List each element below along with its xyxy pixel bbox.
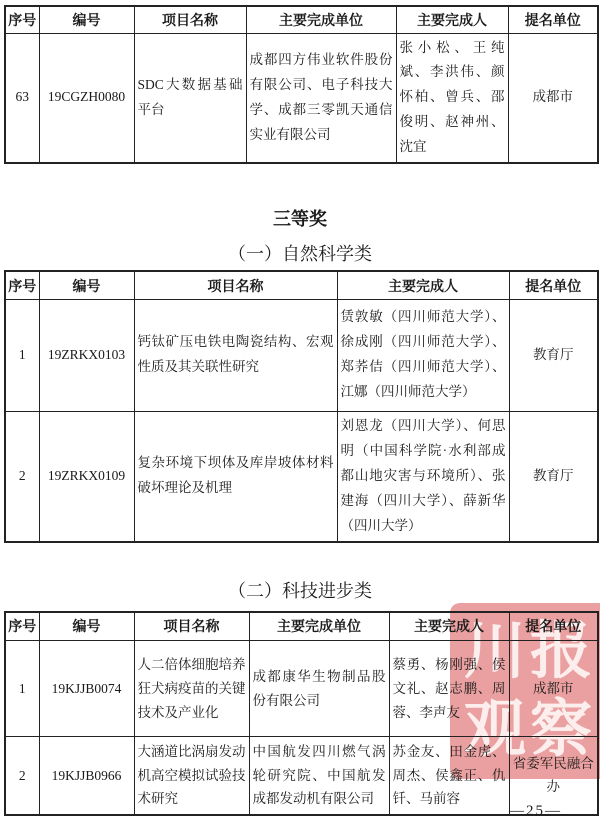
col-header-project: 项目名称 xyxy=(134,271,337,299)
cell-project: SDC大数据基础平台 xyxy=(134,33,246,163)
col-header-index: 序号 xyxy=(5,6,39,33)
section1-heading: （一）自然科学类 xyxy=(0,243,600,265)
cell-people: 苏金友、田金虎、周杰、侯鑫正、仇钎、马前容 xyxy=(389,737,509,815)
col-header-code: 编号 xyxy=(39,612,134,641)
col-header-project: 项目名称 xyxy=(134,612,249,641)
cell-code: 19ZRKX0103 xyxy=(39,299,134,411)
table-row: 1 19KJJB0074 人二倍体细胞培养狂犬病疫苗的关键技术及产业化 成都康华… xyxy=(5,641,598,737)
cell-nominator: 教育厅 xyxy=(509,299,598,411)
cell-project: 复杂环境下坝体及库岸坡体材料破坏理论及机理 xyxy=(134,411,337,541)
cell-code: 19KJJB0074 xyxy=(39,641,134,737)
award-table-natural-science: 序号 编号 项目名称 主要完成人 提名单位 1 19ZRKX0103 钙钛矿压电… xyxy=(4,270,599,542)
cell-project: 人二倍体细胞培养狂犬病疫苗的关键技术及产业化 xyxy=(134,641,249,737)
cell-people: 蔡勇、杨刚强、侯文礼、赵志鹏、周蓉、李声友 xyxy=(389,641,509,737)
cell-code: 19ZRKX0109 xyxy=(39,411,134,541)
document-page: 川报 观察 序号 编号 项目名称 主要完成单位 主要完成人 提名单位 63 19… xyxy=(0,0,600,829)
table-header-row: 序号 编号 项目名称 主要完成人 提名单位 xyxy=(5,271,598,299)
col-header-people: 主要完成人 xyxy=(389,612,509,641)
cell-org: 成都四方伟业软件股份有限公司、电子科技大学、成都三零凯天通信实业有限公司 xyxy=(246,33,396,163)
cell-people: 张小松、王纯斌、李洪伟、颜怀柏、曾兵、邵俊明、赵神州、沈宜 xyxy=(396,33,508,163)
cell-people: 刘恩龙（四川大学）、何思明（中国科学院·水利部成都山地灾害与环境所）、张建海（四… xyxy=(337,411,509,541)
cell-index: 1 xyxy=(5,641,39,737)
col-header-code: 编号 xyxy=(39,6,134,33)
cell-org: 中国航发四川燃气涡轮研究院、中国航发成都发动机有限公司 xyxy=(249,737,389,815)
col-header-index: 序号 xyxy=(5,271,39,299)
col-header-people: 主要完成人 xyxy=(396,6,508,33)
cell-code: 19KJJB0966 xyxy=(39,737,134,815)
col-header-org: 主要完成单位 xyxy=(246,6,396,33)
cell-project: 大涵道比涡扇发动机高空模拟试验技术研究 xyxy=(134,737,249,815)
col-header-org: 主要完成单位 xyxy=(249,612,389,641)
cell-index: 2 xyxy=(5,411,39,541)
cell-people: 赁敦敏（四川师范大学）、徐成刚（四川师范大学）、郑荞佶（四川师范大学）、江娜（四… xyxy=(337,299,509,411)
cell-index: 2 xyxy=(5,737,39,815)
col-header-nominator: 提名单位 xyxy=(508,6,598,33)
prize-heading: 三等奖 xyxy=(0,208,600,230)
cell-nominator: 成都市 xyxy=(508,33,598,163)
section2-heading: （二）科技进步类 xyxy=(0,580,600,602)
table-row: 1 19ZRKX0103 钙钛矿压电铁电陶瓷结构、宏观性质及其关联性研究 赁敦敏… xyxy=(5,299,598,411)
col-header-code: 编号 xyxy=(39,271,134,299)
cell-index: 1 xyxy=(5,299,39,411)
award-table-sci-tech-progress: 序号 编号 项目名称 主要完成单位 主要完成人 提名单位 1 19KJJB007… xyxy=(4,611,599,816)
cell-index: 63 xyxy=(5,33,39,163)
page-number: —25— xyxy=(509,803,562,820)
table-row: 63 19CGZH0080 SDC大数据基础平台 成都四方伟业软件股份有限公司、… xyxy=(5,33,598,163)
cell-nominator: 教育厅 xyxy=(509,411,598,541)
cell-nominator: 成都市 xyxy=(509,641,598,737)
col-header-people: 主要完成人 xyxy=(337,271,509,299)
cell-code: 19CGZH0080 xyxy=(39,33,134,163)
award-table-continued: 序号 编号 项目名称 主要完成单位 主要完成人 提名单位 63 19CGZH00… xyxy=(4,5,599,164)
table-row: 2 19ZRKX0109 复杂环境下坝体及库岸坡体材料破坏理论及机理 刘恩龙（四… xyxy=(5,411,598,541)
col-header-nominator: 提名单位 xyxy=(509,271,598,299)
col-header-index: 序号 xyxy=(5,612,39,641)
col-header-nominator: 提名单位 xyxy=(509,612,598,641)
table-header-row: 序号 编号 项目名称 主要完成单位 主要完成人 提名单位 xyxy=(5,612,598,641)
cell-project: 钙钛矿压电铁电陶瓷结构、宏观性质及其关联性研究 xyxy=(134,299,337,411)
table-header-row: 序号 编号 项目名称 主要完成单位 主要完成人 提名单位 xyxy=(5,6,598,33)
cell-org: 成都康华生物制品股份有限公司 xyxy=(249,641,389,737)
col-header-project: 项目名称 xyxy=(134,6,246,33)
